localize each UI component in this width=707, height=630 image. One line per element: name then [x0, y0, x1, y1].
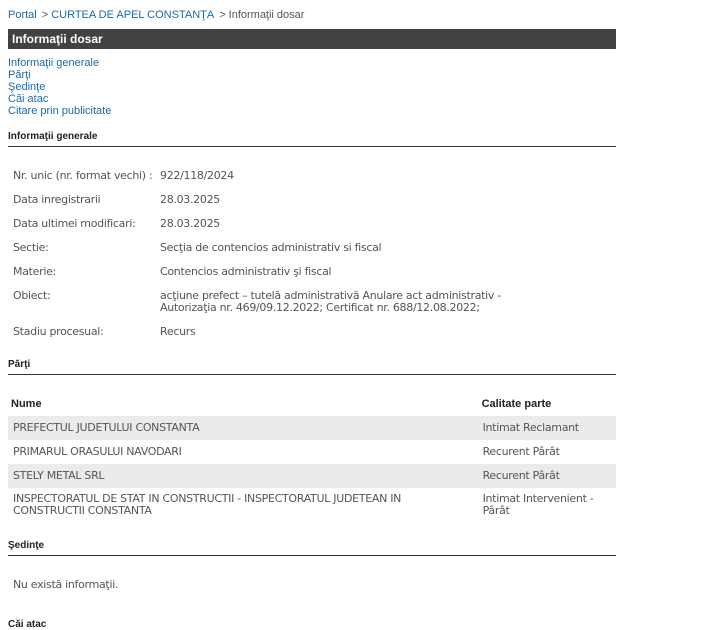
info-row-sectie: Sectie: Secţia de contencios administrat… — [8, 236, 616, 260]
party-role: Recurent Pârât — [473, 464, 616, 488]
info-value: Secţia de contencios administrativ si fi… — [160, 236, 560, 260]
general-info-table: Nr. unic (nr. format vechi) : 922/118/20… — [8, 164, 616, 344]
info-label: Sectie: — [8, 236, 160, 260]
table-row: PRIMARUL ORASULUI NAVODARI Recurent Pârâ… — [8, 440, 616, 464]
info-row-data-inregistrarii: Data inregistrarii 28.03.2025 — [8, 188, 616, 212]
anchor-cai-atac[interactable]: Căi atac — [8, 93, 111, 105]
info-row-nr-unic: Nr. unic (nr. format vechi) : 922/118/20… — [8, 164, 616, 188]
section-heading-sedinte: Şedinţe — [8, 539, 616, 556]
parti-table: Nume Calitate parte PREFECTUL JUDETULUI … — [8, 392, 616, 529]
info-row-materie: Materie: Contencios administrativ şi fis… — [8, 260, 616, 284]
info-value: Recurs — [160, 320, 560, 344]
info-value: 922/118/2024 — [160, 164, 560, 188]
table-row: INSPECTORATUL DE STAT IN CONSTRUCTII - I… — [8, 488, 616, 529]
info-row-stadiu-procesual: Stadiu procesual: Recurs — [8, 320, 616, 344]
breadcrumb-court-link[interactable]: CURTEA DE APEL CONSTANŢA — [51, 9, 214, 21]
parti-table-header: Nume Calitate parte — [8, 392, 616, 416]
section-heading-informatii-generale: Informaţii generale — [8, 130, 616, 147]
info-value: 28.03.2025 — [160, 188, 560, 212]
breadcrumb: Portal>CURTEA DE APEL CONSTANŢA>Informaţ… — [8, 9, 304, 21]
party-name: INSPECTORATUL DE STAT IN CONSTRUCTII - I… — [8, 488, 473, 529]
section-heading-cai-atac: Căi atac — [8, 618, 616, 630]
sedinte-empty-message: Nu există informaţii. — [13, 578, 118, 591]
party-role: Intimat Reclamant — [473, 416, 616, 440]
anchor-informatii-generale[interactable]: Informaţii generale — [8, 57, 111, 69]
anchor-citare-prin-publicitate[interactable]: Citare prin publicitate — [8, 105, 111, 117]
info-label: Obiect: — [8, 284, 160, 308]
party-role: Recurent Pârât — [473, 440, 616, 464]
info-value: acţiune prefect – tutelă administrativă … — [160, 284, 560, 320]
breadcrumb-separator: > — [219, 9, 225, 21]
column-header-calitate-parte: Calitate parte — [473, 392, 616, 416]
info-value: Contencios administrativ şi fiscal — [160, 260, 560, 284]
info-label: Stadiu procesual: — [8, 320, 160, 344]
info-label: Data inregistrarii — [8, 188, 160, 212]
info-value: 28.03.2025 — [160, 212, 560, 236]
info-row-obiect: Obiect: acţiune prefect – tutelă adminis… — [8, 284, 616, 320]
section-heading-parti: Părţi — [8, 358, 616, 375]
anchor-sedinte[interactable]: Şedinţe — [8, 81, 111, 93]
party-role: Intimat Intervenient - Pârât — [473, 488, 616, 529]
column-header-nume: Nume — [8, 392, 473, 416]
table-row: PREFECTUL JUDETULUI CONSTANTA Intimat Re… — [8, 416, 616, 440]
table-row: STELY METAL SRL Recurent Pârât — [8, 464, 616, 488]
anchor-parti[interactable]: Părţi — [8, 69, 111, 81]
section-anchor-links: Informaţii generale Părţi Şedinţe Căi at… — [8, 57, 111, 117]
info-label: Data ultimei modificari: — [8, 212, 160, 236]
info-row-data-ultimei-modificari: Data ultimei modificari: 28.03.2025 — [8, 212, 616, 236]
page-title: Informaţii dosar — [8, 29, 616, 49]
breadcrumb-portal-link[interactable]: Portal — [8, 9, 37, 21]
party-name: PRIMARUL ORASULUI NAVODARI — [8, 440, 473, 464]
breadcrumb-current: Informaţii dosar — [229, 9, 305, 21]
info-label: Nr. unic (nr. format vechi) : — [8, 164, 160, 188]
breadcrumb-separator: > — [42, 9, 48, 21]
party-name: PREFECTUL JUDETULUI CONSTANTA — [8, 416, 473, 440]
info-label: Materie: — [8, 260, 160, 284]
party-name: STELY METAL SRL — [8, 464, 473, 488]
